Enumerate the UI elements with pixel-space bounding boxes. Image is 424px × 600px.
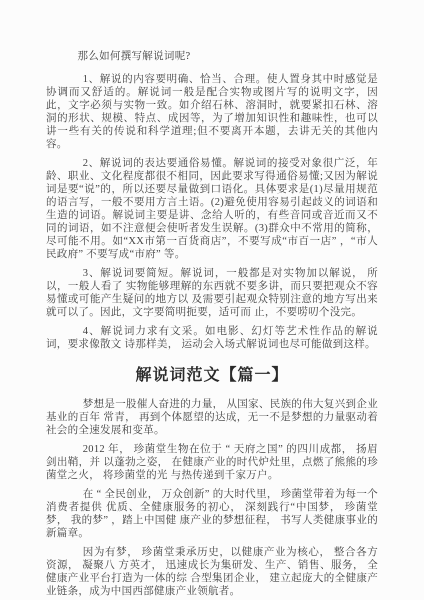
intro-question: 那么如何撰写解说词呢?	[46, 50, 378, 63]
essay-paragraph-4: 因为有梦， 珍菌堂秉承历史，以健康产业为核心， 整合各方资源， 凝聚八 方英才，…	[46, 546, 378, 598]
document-page: 那么如何撰写解说词呢? 1、解说的内容要明确、恰当、合理。使人置身其中时感觉是协…	[0, 0, 424, 600]
essay-paragraph-3: 在 “ 全民创业， 万众创新” 的大时代里， 珍菌堂带着为每一个消费者提供 优质…	[46, 488, 378, 540]
essay-body: 梦想是一股催人奋进的力量， 从国家、民族的伟大复兴到企业基业的百年 常青， 再到…	[46, 398, 378, 598]
essay-paragraph-2: 2012 年， 珍菌堂生物在位于 “ 天府之国” 的四川成都， 扬眉剑出鞘，并 …	[46, 443, 378, 482]
essay-paragraph-1: 梦想是一股催人奋进的力量， 从国家、民族的伟大复兴到企业基业的百年 常青， 再到…	[46, 398, 378, 437]
guideline-paragraph-3: 3、解说词要简短。解说词，一般都是对实物加以解说， 所以，一般人看了 实物能够理…	[46, 267, 378, 319]
guideline-paragraph-2: 2、解说词的表达要通俗易懂。解说词的接受对象很广泛，年龄、职业、文化程度都很不相…	[46, 157, 378, 261]
guideline-paragraph-4: 4、解说词力求有文采。如电影、幻灯等艺术性作品的解说词，要求像散文 诗那样美， …	[46, 325, 378, 351]
guideline-paragraph-1: 1、解说的内容要明确、恰当、合理。使人置身其中时感觉是协调而又舒适的。解说词一般…	[46, 73, 378, 151]
section-title: 解说词范文【篇一】	[46, 365, 378, 386]
